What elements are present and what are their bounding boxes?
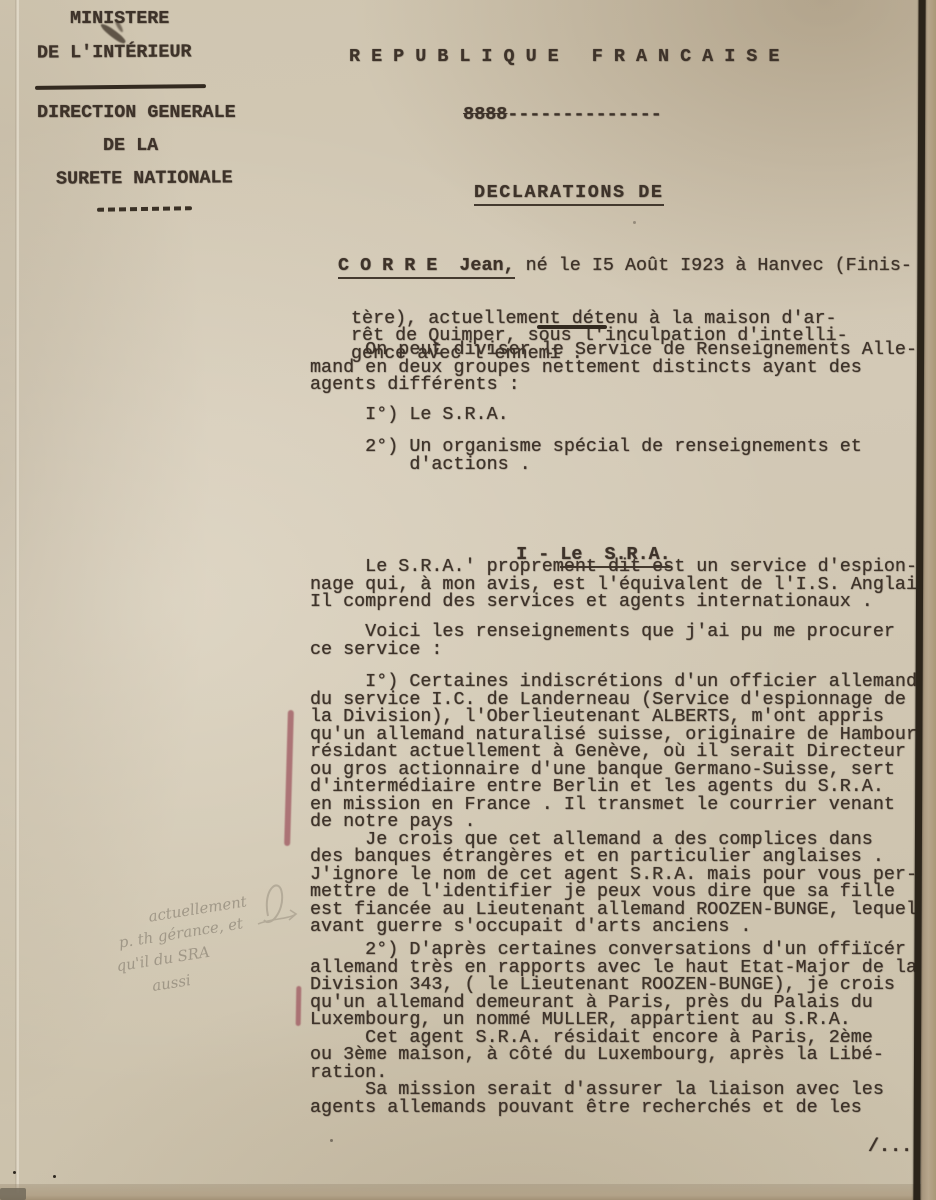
- subject-first-line-rest: né le I5 Août I923 à Hanvec (Finis-: [515, 255, 912, 276]
- paper-specks: [13, 1171, 16, 1174]
- page-bottom-corner-shadow: [0, 1188, 26, 1200]
- text-line: 2°) D'après certaines conversations d'un…: [310, 941, 917, 959]
- struck-digits: 8888: [463, 104, 507, 125]
- page-bottom-edge: [0, 1184, 936, 1200]
- text-line: d'actions .: [310, 456, 862, 474]
- text-line: Voici les renseignements que j'ai pu me …: [310, 623, 895, 641]
- paragraph-voici: Voici les renseignements que j'ai pu me …: [310, 623, 895, 658]
- ministry-name-line2: DE L'INTÉRIEUR: [37, 43, 192, 62]
- text-line: avant guerre s'occupait d'arts anciens .: [310, 918, 928, 936]
- text-line: Division 343, ( le Lieutenant ROOZEN-BUN…: [310, 976, 917, 994]
- text-line: Le S.R.A.' proprement dit est un service…: [310, 558, 928, 576]
- red-pencil-margin-line: [284, 710, 294, 846]
- letterhead-dashed-rule: [97, 206, 192, 212]
- list-item-1: I°) Le S.R.A.: [310, 406, 509, 424]
- text-line: 2°) Un organisme spécial de renseignemen…: [310, 438, 862, 456]
- text-line: Sa mission serait d'assurer la liaison a…: [310, 1081, 917, 1099]
- document-page: MINISTERE DE L'INTÉRIEUR DIRECTION GENER…: [0, 0, 936, 1200]
- republique-francaise-heading: R E P U B L I Q U E F R A N C A I S E: [349, 48, 779, 66]
- republique-underline-dashes: 8888--------------: [419, 88, 662, 141]
- section-divider: [537, 325, 607, 329]
- text-line: agents allemands pouvant être recherchés…: [310, 1099, 917, 1117]
- text-line: On peut diviser le Service de Renseignem…: [310, 341, 917, 359]
- letterhead-rule: [35, 84, 206, 90]
- text-line: I°) Certaines indiscrétions d'un officie…: [310, 673, 928, 691]
- text-line: ou 3ème maison, à côté du Luxembourg, ap…: [310, 1046, 917, 1064]
- text-line: agents différents :: [310, 376, 917, 394]
- continuation-mark: /...: [868, 1138, 912, 1156]
- pencil-annotation-line4: aussi: [151, 969, 193, 997]
- direction-generale: DIRECTION GENERALE: [37, 104, 236, 122]
- text-line: Il comprend des services et agents inter…: [310, 593, 928, 611]
- paragraph-sra-definition: Le S.R.A.' proprement dit est un service…: [310, 558, 928, 611]
- paragraph-point-2: 2°) D'après certaines conversations d'un…: [310, 941, 917, 1116]
- subject-first-line: C O R R E Jean, né le I5 Août I923 à Han…: [338, 257, 912, 275]
- text-line: des banques étrangères et en particulier…: [310, 848, 928, 866]
- text-line: résidant actuellement à Genève, où il se…: [310, 743, 928, 761]
- subject-name: C O R R E Jean,: [338, 255, 515, 279]
- text-line: mettre de l'identifier je peux vous dire…: [310, 883, 928, 901]
- pencil-scribble: [250, 868, 310, 938]
- surete-nationale: SURETE NATIONALE: [56, 169, 233, 188]
- text-line: de notre pays .: [310, 813, 928, 831]
- paragraph-point-1: I°) Certaines indiscrétions d'un officie…: [310, 673, 928, 936]
- red-pencil-margin-mark: [296, 986, 302, 1026]
- text-line: Luxembourg, un nommé MULLER, appartient …: [310, 1011, 917, 1029]
- text-line: d'intermédiaire entre Berlin et les agen…: [310, 778, 928, 796]
- text-line: ce service :: [310, 641, 895, 659]
- list-item-2: 2°) Un organisme spécial de renseignemen…: [310, 438, 862, 473]
- paragraph-overview: On peut diviser le Service de Renseignem…: [310, 341, 917, 394]
- dash-run: --------------: [507, 104, 662, 125]
- text-line: la Division), l'Oberlieutenant ALBERTS, …: [310, 708, 928, 726]
- page-fold-crease: [15, 0, 20, 1200]
- de-la: DE LA: [103, 137, 158, 155]
- document-title: DECLARATIONS DE: [474, 184, 664, 206]
